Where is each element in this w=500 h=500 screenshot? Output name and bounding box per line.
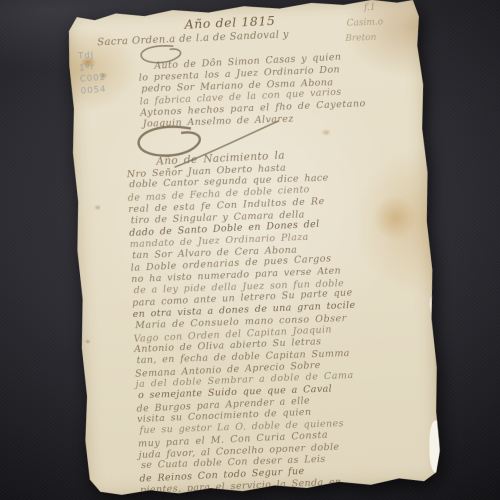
corner-note-line: Breton <box>345 30 386 46</box>
year-heading: Año del 1815 <box>184 13 276 32</box>
paper-nick <box>429 296 435 312</box>
body-paragraph: Año de Nacimiento laNro Señor Juan Obert… <box>126 148 363 496</box>
photo-background: Año del 1815 Sacra Orden.a de l.a de San… <box>0 0 500 500</box>
opening-paragraph: Auto de Dôn Simon Casas y quienlo presen… <box>138 51 367 131</box>
fox-stain <box>85 339 91 344</box>
manuscript-page: Año del 1815 Sacra Orden.a de l.a de San… <box>66 0 442 499</box>
corner-note-line: f.1 <box>364 0 383 16</box>
subject-line: Sacra Orden.a de l.a de Sandoval y <box>97 29 289 48</box>
archival-pencil-codes: TdJ1ºrC0020054 <box>78 50 108 98</box>
manuscript-page-wrap: Año del 1815 Sacra Orden.a de l.a de San… <box>66 0 442 499</box>
yellow-stain <box>372 195 418 241</box>
corner-annotations: f.1Casim.oBreton <box>342 0 384 47</box>
pencil-code-line: 0054 <box>80 84 107 97</box>
fox-stain <box>321 129 331 136</box>
fox-stain <box>94 204 101 210</box>
paper-tear <box>429 421 439 473</box>
corner-note-line: Casim.o <box>346 15 383 32</box>
